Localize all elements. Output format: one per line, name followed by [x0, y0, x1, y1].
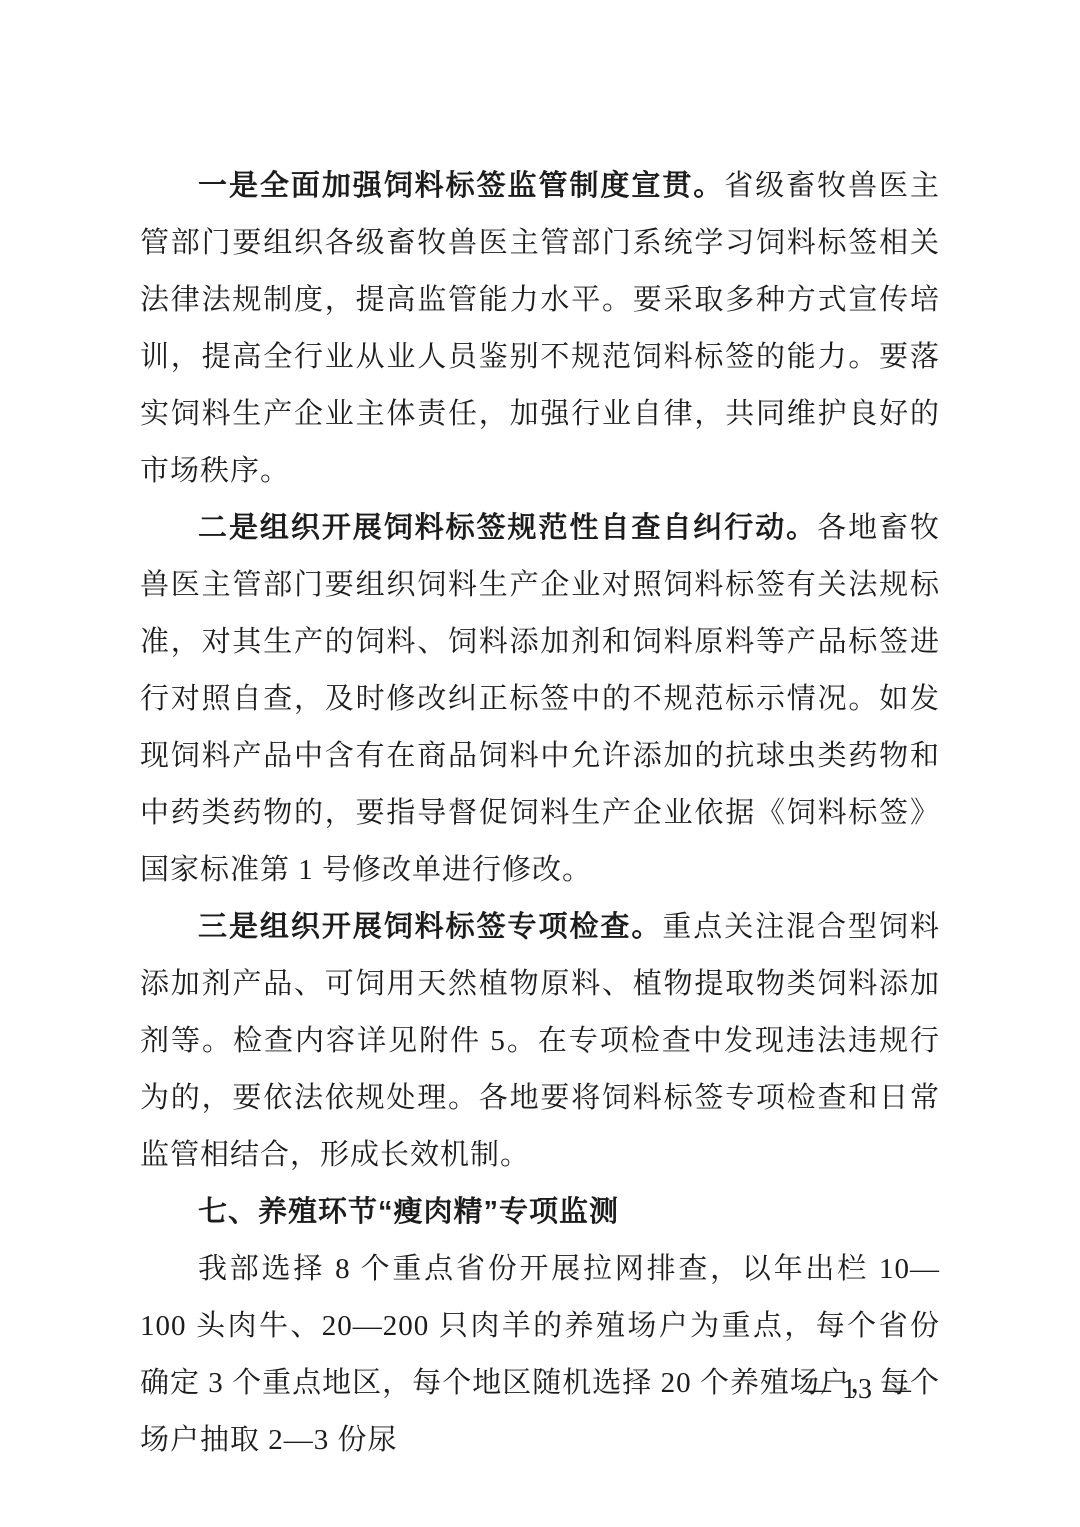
paragraph-self-inspection: 二是组织开展饲料标签规范性自查自纠行动。各地畜牧兽医主管部门要组织饲料生产企业对…	[140, 500, 940, 899]
paragraph-monitoring-plan: 我部选择 8 个重点省份开展拉网排查，以年出栏 10—100 头肉牛、20—20…	[140, 1241, 940, 1469]
paragraph-3-text: 重点关注混合型饲料添加剂产品、可饲用天然植物原料、植物提取物类饲料添加剂等。检查…	[140, 911, 940, 1171]
paragraph-3-bold-lead: 三是组织开展饲料标签专项检查。	[198, 911, 662, 943]
document-page: 一是全面加强饲料标签监管制度宣贯。省级畜牧兽医主管部门要组织各级畜牧兽医主管部门…	[0, 0, 1080, 1527]
paragraph-special-inspection: 三是组织开展饲料标签专项检查。重点关注混合型饲料添加剂产品、可饲用天然植物原料、…	[140, 899, 940, 1184]
document-content: 一是全面加强饲料标签监管制度宣贯。省级畜牧兽医主管部门要组织各级畜牧兽医主管部门…	[140, 158, 940, 1469]
paragraph-2-text: 各地畜牧兽医主管部门要组织饲料生产企业对照饲料标签有关法规标准，对其生产的饲料、…	[140, 512, 940, 886]
paragraph-5-text: 我部选择 8 个重点省份开展拉网排查，以年出栏 10—100 头肉牛、20—20…	[140, 1253, 940, 1456]
paragraph-1-text: 省级畜牧兽医主管部门要组织各级畜牧兽医主管部门系统学习饲料标签相关法律法规制度，…	[140, 170, 940, 487]
paragraph-1-bold-lead: 一是全面加强饲料标签监管制度宣贯。	[198, 170, 724, 202]
section-heading-clenbuterol-monitoring: 七、养殖环节“瘦肉精”专项监测	[140, 1184, 940, 1241]
page-number: — 13 —	[803, 1374, 913, 1406]
paragraph-2-bold-lead: 二是组织开展饲料标签规范性自查自纠行动。	[198, 512, 817, 544]
paragraph-feed-label-publicity: 一是全面加强饲料标签监管制度宣贯。省级畜牧兽医主管部门要组织各级畜牧兽医主管部门…	[140, 158, 940, 500]
